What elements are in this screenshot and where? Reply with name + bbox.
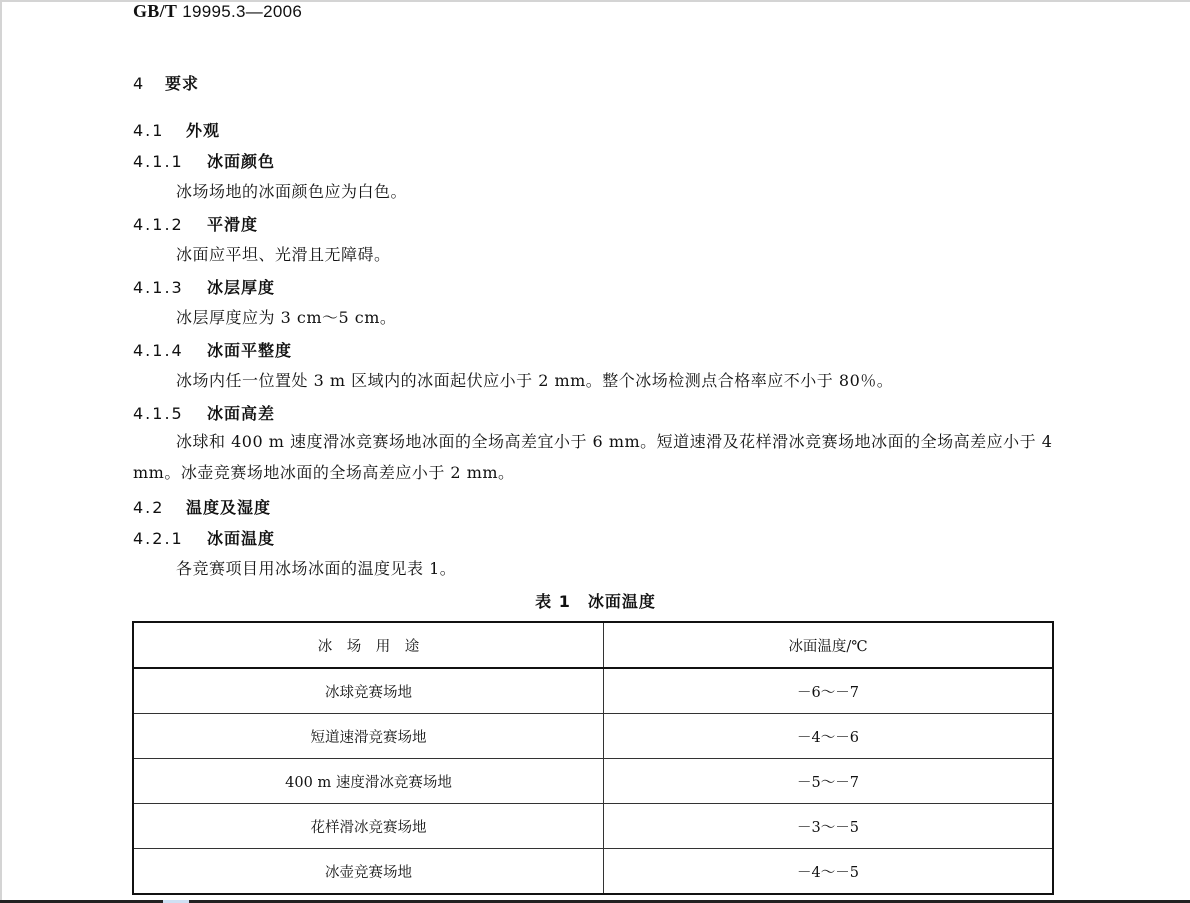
table-header-row: 冰 场 用 途 冰面温度/℃	[133, 622, 1053, 668]
heading-4-2-1: 4.2.1冰面温度	[133, 526, 275, 549]
heading-number: 4.1.5	[133, 404, 207, 423]
paragraph-4-2-1: 各竞赛项目用冰场冰面的温度见表 1。	[133, 553, 1058, 584]
heading-title: 冰面高差	[207, 404, 275, 423]
paragraph-4-1-2: 冰面应平坦、光滑且无障碍。	[133, 239, 1058, 270]
heading-4-1: 4.1外观	[133, 118, 220, 141]
paragraph-4-1-3: 冰层厚度应为 3 cm～5 cm。	[133, 302, 1058, 333]
heading-4-1-3: 4.1.3冰层厚度	[133, 275, 275, 298]
heading-4-2: 4.2温度及湿度	[133, 495, 271, 518]
heading-title: 冰面平整度	[207, 341, 292, 360]
heading-4-1-4: 4.1.4冰面平整度	[133, 338, 292, 361]
standard-code: 19995.3—2006	[177, 2, 302, 21]
cell-temperature: －4～－5	[604, 849, 1054, 895]
heading-title: 温度及湿度	[186, 498, 271, 517]
heading-number: 4.1.4	[133, 341, 207, 360]
heading-number: 4.1.2	[133, 215, 207, 234]
cell-usage: 短道速滑竞赛场地	[133, 714, 604, 759]
table-caption: 表 1 冰面温度	[133, 589, 1058, 612]
heading-number: 4.1.3	[133, 278, 207, 297]
cell-usage: 冰球竞赛场地	[133, 668, 604, 714]
heading-4: 4要求	[133, 71, 199, 94]
column-header-temperature: 冰面温度/℃	[604, 622, 1054, 668]
table-row: 短道速滑竞赛场地 －4～－6	[133, 714, 1053, 759]
heading-title: 冰面颜色	[207, 152, 275, 171]
heading-title: 冰面温度	[207, 529, 275, 548]
cell-usage: 400 m 速度滑冰竞赛场地	[133, 759, 604, 804]
cell-temperature: －3～－5	[604, 804, 1054, 849]
cell-usage: 冰壶竞赛场地	[133, 849, 604, 895]
heading-number: 4.2.1	[133, 529, 207, 548]
standard-prefix: GB/T	[133, 1, 177, 21]
heading-4-1-5: 4.1.5冰面高差	[133, 401, 275, 424]
heading-number: 4.2	[133, 498, 186, 517]
heading-title: 冰层厚度	[207, 278, 275, 297]
heading-number: 4	[133, 74, 165, 93]
heading-title: 平滑度	[207, 215, 258, 234]
ice-temperature-table: 冰 场 用 途 冰面温度/℃ 冰球竞赛场地 －6～－7 短道速滑竞赛场地 －4～…	[132, 621, 1054, 895]
table-row: 冰球竞赛场地 －6～－7	[133, 668, 1053, 714]
heading-number: 4.1.1	[133, 152, 207, 171]
table-row: 400 m 速度滑冰竞赛场地 －5～－7	[133, 759, 1053, 804]
heading-4-1-2: 4.1.2平滑度	[133, 212, 258, 235]
column-header-usage: 冰 场 用 途	[133, 622, 604, 668]
paragraph-4-1-4: 冰场内任一位置处 3 m 区域内的冰面起伏应小于 2 mm。整个冰场检测点合格率…	[133, 365, 1058, 396]
standard-number: GB/T 19995.3—2006	[133, 1, 302, 22]
cell-temperature: －5～－7	[604, 759, 1054, 804]
cell-temperature: －4～－6	[604, 714, 1054, 759]
cell-usage: 花样滑冰竞赛场地	[133, 804, 604, 849]
cell-temperature: －6～－7	[604, 668, 1054, 714]
paragraph-4-1-1: 冰场场地的冰面颜色应为白色。	[133, 176, 1058, 207]
heading-title: 外观	[186, 121, 220, 140]
heading-title: 要求	[165, 74, 199, 93]
table-row: 冰壶竞赛场地 －4～－5	[133, 849, 1053, 895]
heading-number: 4.1	[133, 121, 186, 140]
table-row: 花样滑冰竞赛场地 －3～－5	[133, 804, 1053, 849]
heading-4-1-1: 4.1.1冰面颜色	[133, 149, 275, 172]
paragraph-4-1-5: 冰球和 400 m 速度滑冰竞赛场地冰面的全场高差宜小于 6 mm。短道速滑及花…	[133, 426, 1058, 488]
